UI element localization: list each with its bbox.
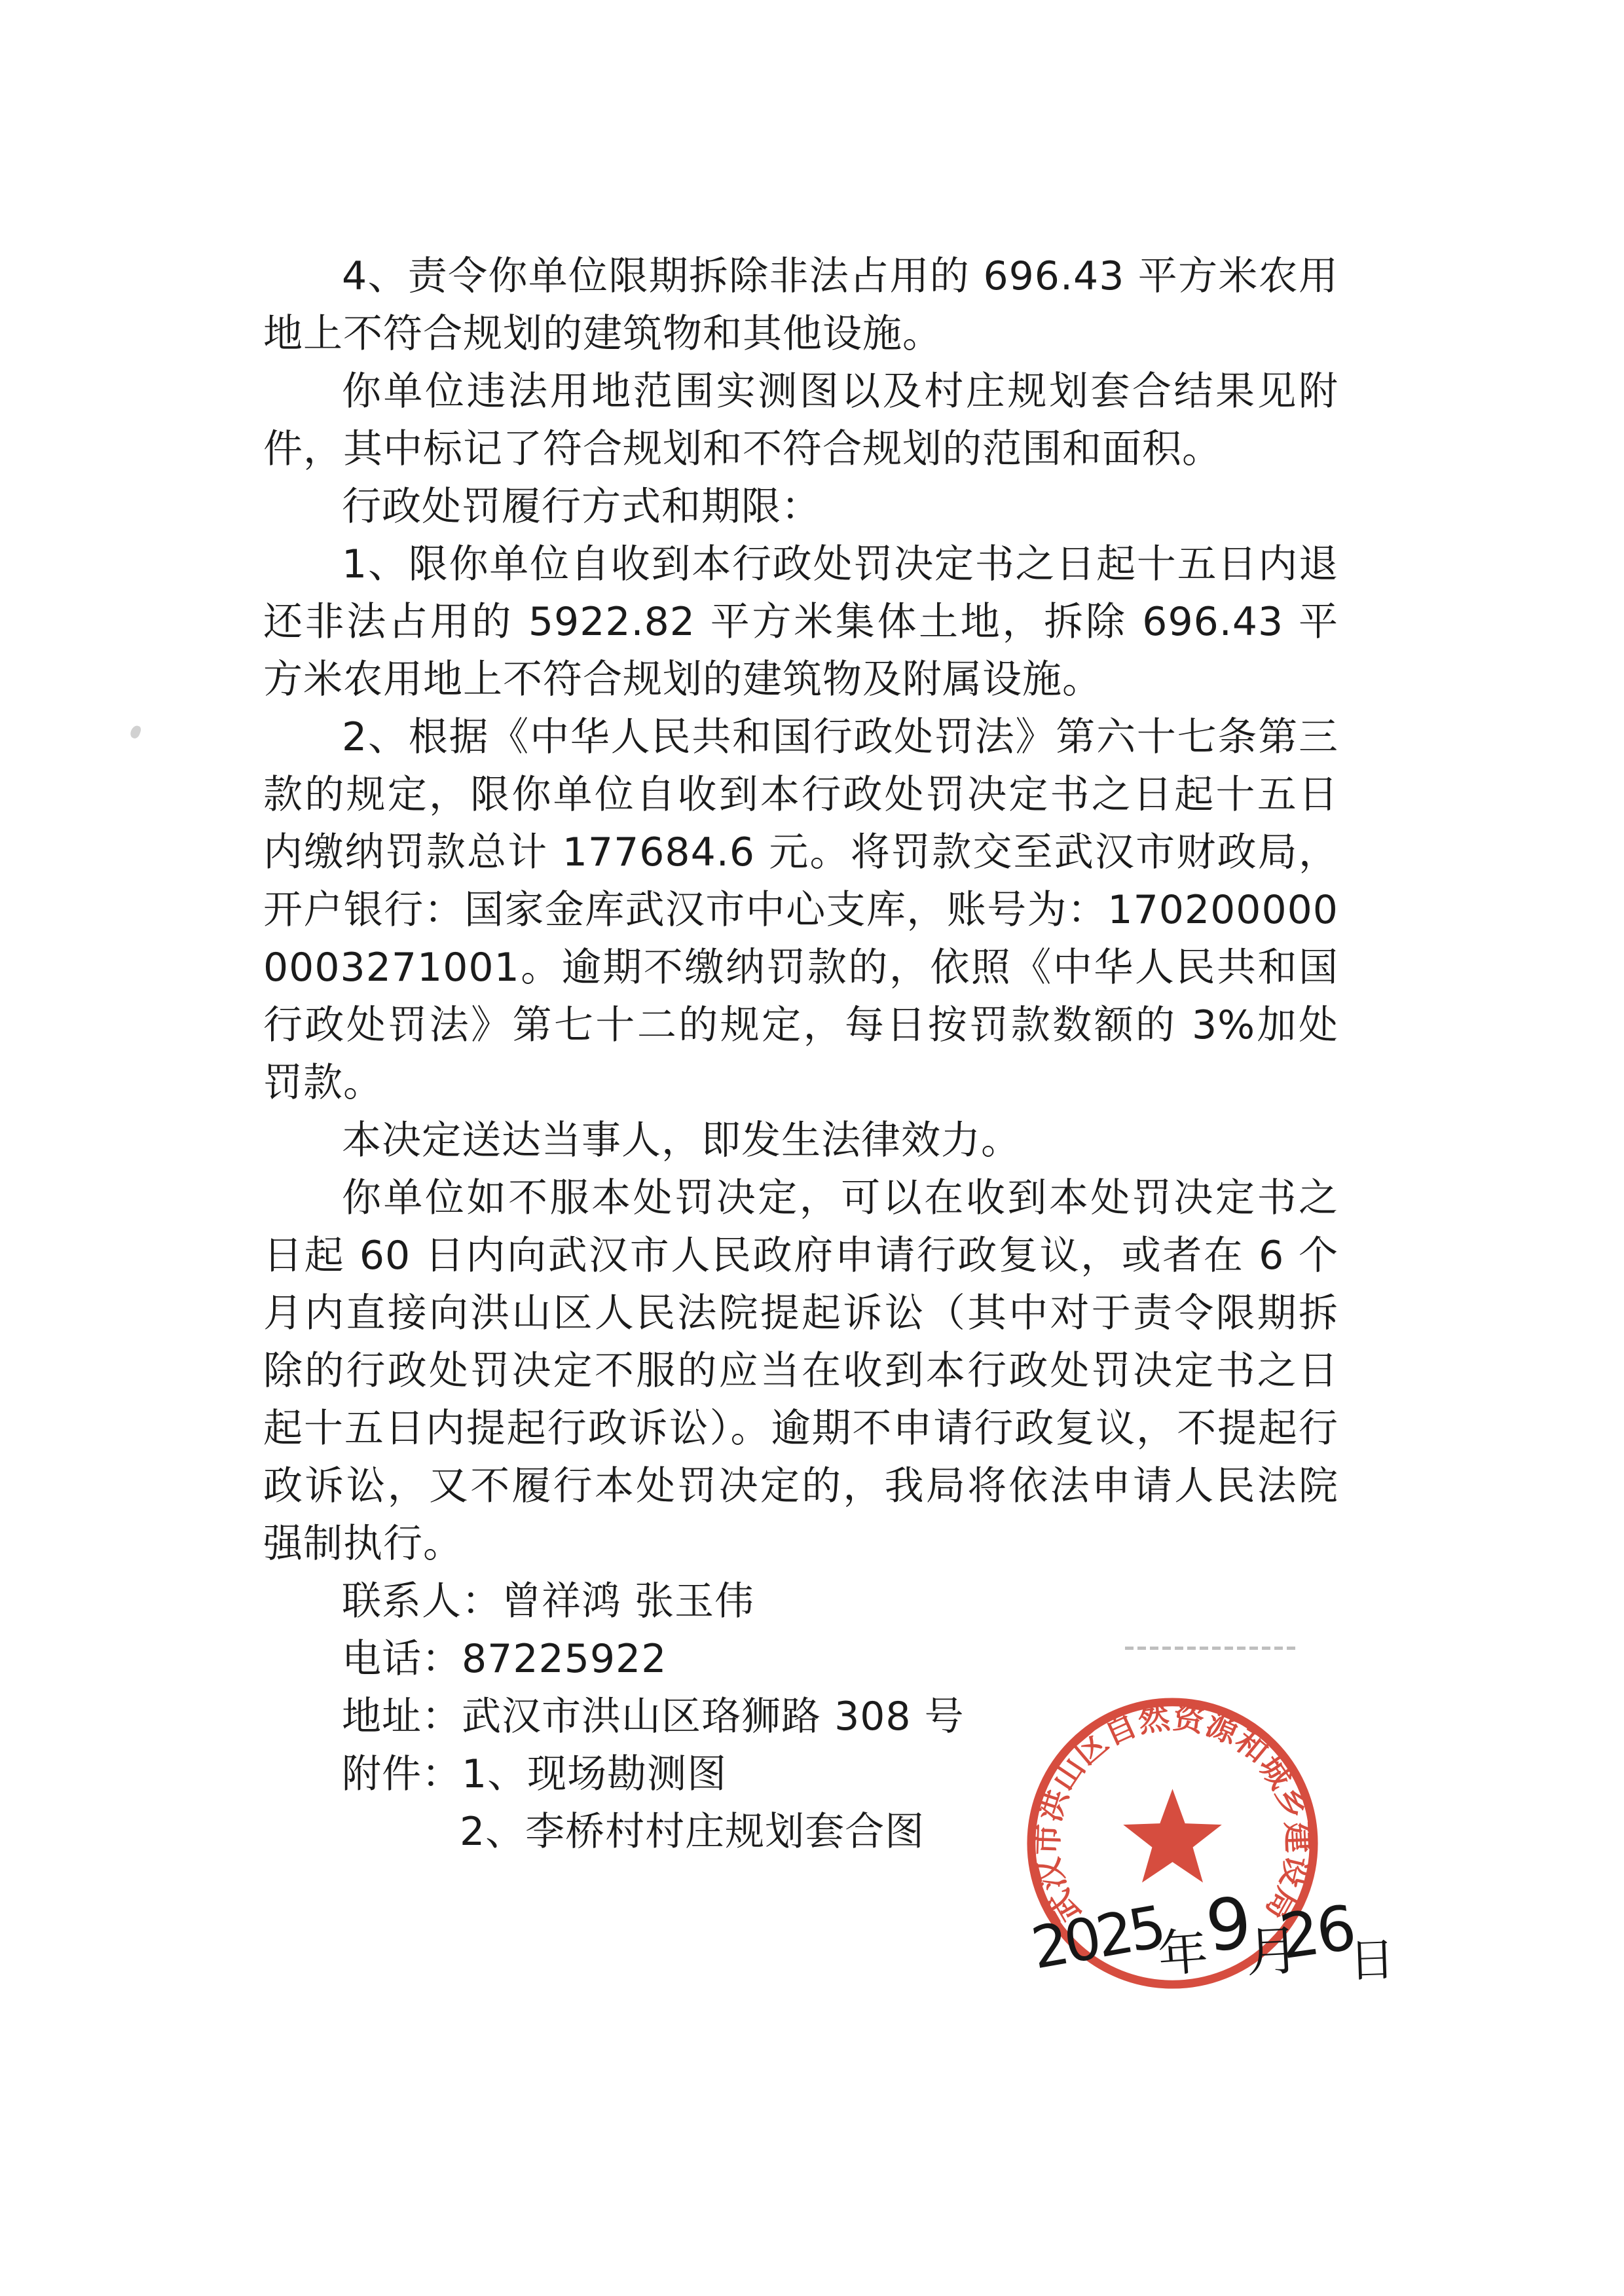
- paragraph-survey-attachment-note: 你单位违法用地范围实测图以及村庄规划套合结果见附件，其中标记了符合规划和不符合规…: [263, 363, 1338, 478]
- paragraph-return-land-term: 1、限你单位自收到本行政处罚决定书之日起十五日内退还非法占用的 5922.82 …: [263, 536, 1338, 708]
- decision-text-block: 4、责令你单位限期拆除非法占用的 696.43 平方米农用地上不符合规划的建筑物…: [263, 247, 1338, 1861]
- handwritten-year-suffix: 年: [1155, 1911, 1209, 1986]
- paragraph-performance-heading: 行政处罚履行方式和期限：: [263, 478, 1338, 536]
- phone-line: 电话：87225922: [263, 1630, 1338, 1688]
- contact-person-line: 联系人：曾祥鸿 张玉伟: [263, 1573, 1338, 1630]
- seal-star-icon: [1123, 1789, 1222, 1882]
- handwritten-day: 26: [1276, 1893, 1358, 1973]
- paragraph-appeal-rights: 你单位如不服本处罚决定，可以在收到本处罚决定书之日起 60 日内向武汉市人民政府…: [263, 1169, 1338, 1573]
- paragraph-legal-effect: 本决定送达当事人，即发生法律效力。: [263, 1112, 1338, 1169]
- paragraph-fine-payment-term: 2、根据《中华人民共和国行政处罚法》第六十七条第三款的规定，限你单位自收到本行政…: [263, 708, 1338, 1112]
- scan-artifact-line: [1125, 1647, 1295, 1650]
- scanned-penalty-decision-page: 4、责令你单位限期拆除非法占用的 696.43 平方米农用地上不符合规划的建筑物…: [0, 0, 1624, 2296]
- paragraph-demolition-order: 4、责令你单位限期拆除非法占用的 696.43 平方米农用地上不符合规划的建筑物…: [263, 247, 1338, 363]
- handwritten-day-suffix: 日: [1348, 1923, 1395, 1990]
- scan-speck: [129, 724, 142, 740]
